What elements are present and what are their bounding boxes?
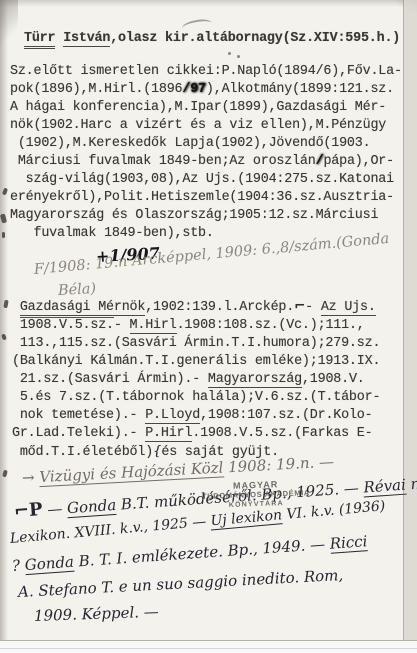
text-segment: - <box>305 300 321 315</box>
text-segment: Türr <box>24 31 55 49</box>
text-segment: M.Hirl <box>130 318 177 334</box>
text-segment <box>12 318 20 333</box>
text-segment: Gr.Lad.Teleki).- <box>12 426 145 441</box>
typed-paragraph-sources: Gazdasági Mérnök,1902:139.l.Arckép.⌐- Az… <box>12 297 380 462</box>
typed-line: erényekről),Polit.Hetiszemle(1904:36.sz.… <box>10 189 402 207</box>
text-segment: (Balkányi Kálmán.T.I.generális emléke);1… <box>12 354 380 369</box>
text-segment: /97 <box>182 82 206 97</box>
text-segment: → <box>22 468 40 487</box>
text-segment: — <box>42 499 68 519</box>
card-bottom-edge <box>0 640 417 653</box>
text-segment <box>55 31 63 46</box>
scan-bottom-line <box>0 648 417 649</box>
typed-line: 1908.V.5.sz.- M.Hirl.1908:108.sz.(Vc.);1… <box>12 317 380 335</box>
text-segment: fuvalmak 1849-ben),stb. <box>10 226 214 241</box>
text-segment: 113.,115.sz.(Sasvári Ármin.T.I.humora);2… <box>12 336 380 351</box>
text-segment: Gonda <box>66 496 116 518</box>
text-segment: (1902),M.Kereskedők Lapja(1902),Jövendő(… <box>10 136 370 151</box>
text-segment: B. T. I. emlékezete. Bp., 1949. — <box>73 535 330 571</box>
typed-line: 5.és 7.sz.(T.tábornok halála);V.6.sz.(T.… <box>12 389 380 407</box>
text-segment: ⌐ <box>294 298 305 314</box>
text-segment: szág-világ(1903,08),Az Ujs.(1904:275.sz.… <box>10 172 394 187</box>
text-segment: 1908.V.5.sz. <box>20 317 114 333</box>
scan-edge-left <box>0 0 8 653</box>
typed-line: 113.,115.sz.(Sasvári Ármin.T.I.humora);2… <box>12 335 380 353</box>
typed-line: Márciusi fuvalmak 1849-ben;Az oroszlán/p… <box>10 153 402 171</box>
text-segment: ,1908:107.sz.(Dr.Kolo- <box>200 408 372 423</box>
text-segment: P.Hirl <box>145 426 192 442</box>
typed-line: A hágai konferencia),M.Ipar(1899),Gazdas… <box>10 99 402 117</box>
typed-paragraph-articles: Sz.előtt ismeretlen cikkei:P.Napló(1894/… <box>10 63 402 243</box>
text-segment: .1908:108.sz.(Vc.);111., <box>177 318 365 333</box>
typed-line: (1902),M.Kereskedők Lapja(1902),Jövendő(… <box>10 135 402 153</box>
text-segment: 5.és 7.sz.(T.tábornok halála);V.6.sz.(T.… <box>12 390 380 405</box>
text-segment: Márciusi fuvalmak 1849-ben;Az oroszlán <box>10 154 316 169</box>
text-segment: n. <box>405 474 417 493</box>
text-segment: ⌐P <box>13 499 43 522</box>
ink-dot <box>237 55 240 58</box>
text-segment: Az Ujs. <box>321 300 376 316</box>
text-segment: 1909. Képpel. — <box>34 603 159 625</box>
typed-line: Sz.előtt ismeretlen cikkei:P.Napló(1894/… <box>10 63 402 81</box>
text-segment: Gazdasági Mérnök <box>20 300 145 316</box>
typed-line: Gazdasági Mérnök,1902:139.l.Arckép.⌐- Az… <box>12 297 380 317</box>
text-segment: ,olasz kir.altábornagy(Sz.XIV:595.h.) <box>110 31 400 46</box>
text-segment: 21.sz.(Sasvári Ármin).- <box>12 372 208 387</box>
ink-dot <box>228 52 231 55</box>
text-segment: István <box>63 31 110 47</box>
scan-edge-right <box>403 0 417 641</box>
text-segment: Magyarország és Olaszország;1905:12.sz.M… <box>10 208 378 223</box>
typed-line: pok(1896),M.Hirl.(1896/97),Alkotmány(189… <box>10 81 402 99</box>
typed-line: Magyarország és Olaszország;1905:12.sz.M… <box>10 207 402 225</box>
text-segment: Sz.előtt ismeretlen cikkei:P.Napló(1894/… <box>10 64 402 79</box>
text-segment: ,1908.V. <box>302 372 365 387</box>
text-segment: .1908.V.5.sz.(Farkas E- <box>192 426 372 441</box>
card-title: Türr István,olasz kir.altábornagy(Sz.XIV… <box>24 30 400 48</box>
scanned-index-card: Türr István,olasz kir.altábornagy(Sz.XIV… <box>0 0 417 653</box>
library-stamp: MAGYAR TUDOMÁNYOS AKADÉMIA KÖNYVTÁRA <box>196 478 317 512</box>
text-segment <box>12 300 20 315</box>
text-segment: - <box>114 318 130 333</box>
typed-line: nok temetése).- P.Lloyd,1908:107.sz.(Dr.… <box>12 407 380 425</box>
text-segment: Gonda <box>24 553 74 575</box>
typed-line: nök(1902.Harc a vizért és a viz ellen),M… <box>10 117 402 135</box>
scan-corner-top-left <box>0 0 18 54</box>
text-segment: Ricci <box>329 532 368 554</box>
handwritten-ref-ricci-year: 1909. Képpel. — <box>34 603 159 625</box>
typed-line: 21.sz.(Sasvári Ármin).- Magyarország,190… <box>12 371 380 389</box>
ink-speck <box>2 232 5 238</box>
text-segment: pok(1896),M.Hirl.(1896 <box>10 82 182 97</box>
text-segment: erényekről),Polit.Hetiszemle(1904:36.sz.… <box>10 190 394 205</box>
text-segment: nök(1902.Harc a vizért és a viz ellen),M… <box>10 118 386 133</box>
text-segment: P.Lloyd <box>145 408 200 424</box>
typed-line: szág-világ(1903,08),Az Ujs.(1904:275.sz.… <box>10 171 402 189</box>
text-segment: mőd.T.I.életéből) <box>12 445 153 460</box>
text-segment: ? <box>11 556 25 575</box>
scan-edge-top <box>0 0 417 7</box>
text-segment: ,1902:139.l.Arckép. <box>145 300 294 315</box>
text-segment: Magyarország <box>208 372 302 388</box>
text-segment: pápa),Or- <box>323 154 394 169</box>
text-segment: Révai <box>363 476 407 498</box>
text-segment: ),Alkotmány(1899:121.sz. <box>206 82 394 97</box>
typed-line: (Balkányi Kálmán.T.I.generális emléke);1… <box>12 353 380 371</box>
text-segment: A hágai konferencia),M.Ipar(1899),Gazdas… <box>10 100 386 115</box>
text-segment: nok temetése).- <box>12 408 145 423</box>
typed-line: Gr.Lad.Teleki).- P.Hirl.1908.V.5.sz.(Far… <box>12 425 380 443</box>
typed-lines-top: Gazdasági Mérnök,1902:139.l.Arckép.⌐- Az… <box>12 297 380 407</box>
